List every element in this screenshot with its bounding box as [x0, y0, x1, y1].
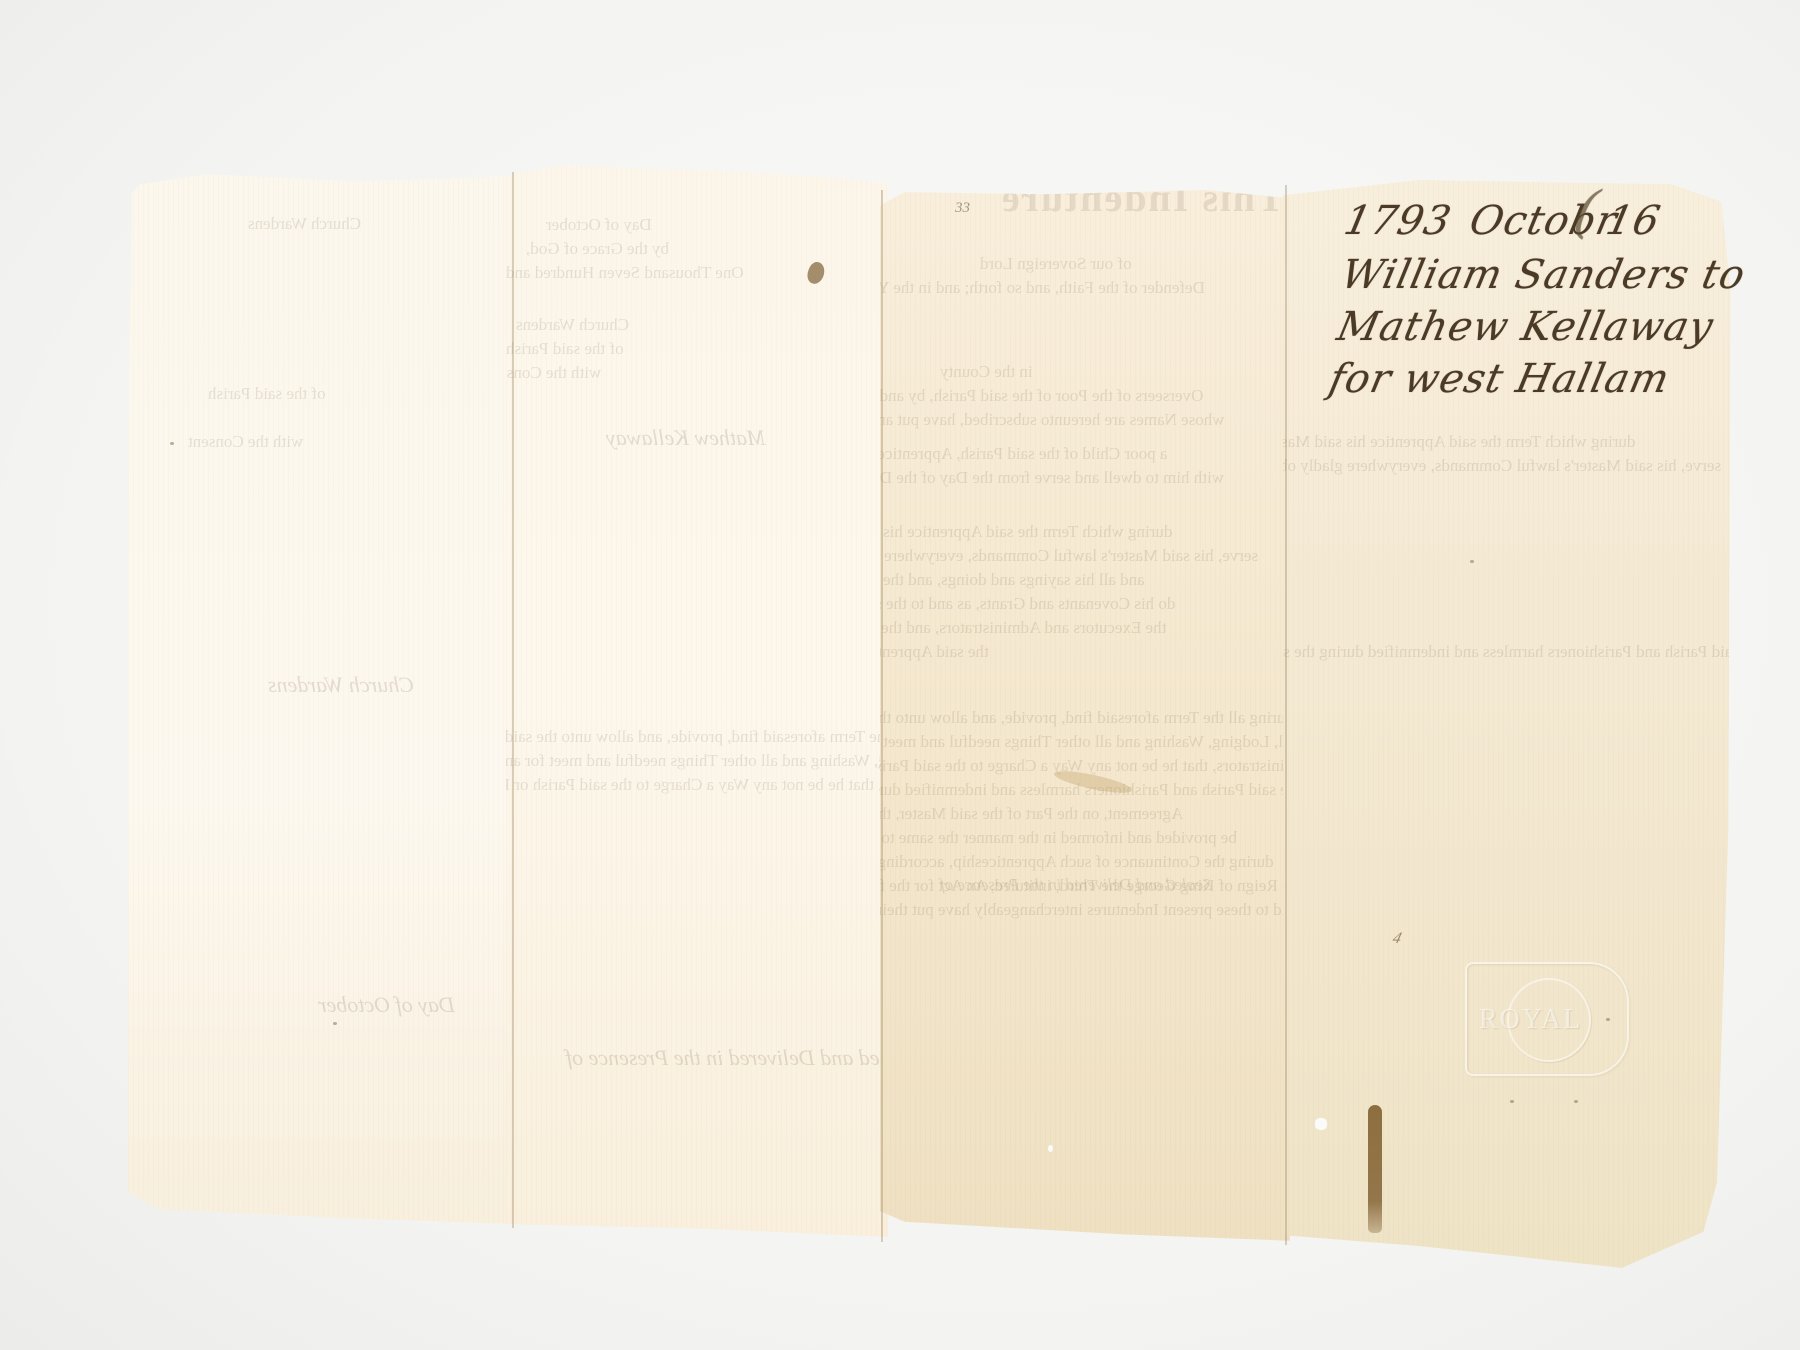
bleed-text: in the County	[940, 360, 1033, 384]
ink-drip-stain	[1368, 1105, 1382, 1233]
endorsement-year: 1793	[1340, 198, 1456, 244]
bleed-text: and all his sayings and doings, and the …	[880, 568, 1145, 592]
bleed-text: of our Sovereign Lord	[980, 252, 1132, 276]
bleed-text: whose Names are hereunto subscribed, hav…	[880, 408, 1225, 432]
stamp-emboss-text: ROYAL	[1479, 1004, 1582, 1036]
bleed-text: Agreement, on the Part of the said Maste…	[880, 802, 1183, 826]
bleed-text: a poor Child of the said Parish, Apprent…	[880, 442, 1167, 466]
bleed-text: with the Consent	[506, 361, 601, 385]
endorsement-line-2: William Sanders to	[1337, 252, 1750, 298]
bleed-text: the Parties abovesaid to these present I…	[880, 898, 1290, 922]
bleed-heading: This Indenture	[1000, 190, 1284, 210]
bleed-text: with him to dwell and serve from the Day…	[880, 466, 1224, 490]
bleed-text: with the Consent	[188, 430, 303, 454]
bleed-sealed-line: Sealed and Delivered in the Presence of	[940, 873, 1212, 897]
folio-number: 33	[955, 200, 970, 217]
bleed-script: Mathew Kellaway	[606, 425, 765, 451]
bleed-text: of the said Parish	[506, 337, 624, 361]
bleed-text: during the Continuance of such Apprentic…	[880, 850, 1274, 874]
bleed-text: serve, his said Master's lawful Commands…	[880, 544, 1258, 568]
bleed-text: and Administrators, that he be not any W…	[506, 773, 888, 797]
bleed-text: Apparel, Lodging, Washing and all other …	[880, 730, 1290, 754]
bleed-text: Day of October	[546, 213, 652, 237]
endorsement-day: 16	[1602, 198, 1665, 244]
fold-crease-3	[1285, 185, 1287, 1245]
speck	[1510, 1100, 1514, 1103]
speck	[333, 1022, 337, 1025]
bleed-text: shall during all the Term aforesaid find…	[506, 725, 888, 749]
bleed-text: Church Wardens	[248, 212, 361, 236]
embossed-stamp: ROYAL	[1465, 962, 1629, 1076]
bleed-text: by the Grace of God,	[526, 237, 669, 261]
bleed-text: Church Wardens	[516, 313, 629, 337]
bleed-script: Day of October	[318, 992, 455, 1018]
bleed-text: during which Term the said Apprentice hi…	[1283, 430, 1635, 454]
bleed-text: Apparel, Lodging, Washing and all other …	[506, 749, 888, 773]
bleed-script: Sealed and Delivered in the Presence of	[566, 1045, 888, 1071]
bleed-text: be provided and informed in the manner t…	[880, 826, 1237, 850]
bleed-text: shall during all the Term aforesaid find…	[880, 706, 1290, 730]
fold-crease-2	[881, 190, 883, 1242]
speck	[1574, 1100, 1578, 1103]
bleed-text: serve, his said Master's lawful Commands…	[1283, 454, 1721, 478]
paper-hole	[1048, 1145, 1053, 1152]
endorsement-line-4: for west Hallam	[1325, 356, 1674, 402]
bleed-text: Defender of the Faith, and so forth; and…	[880, 276, 1205, 300]
paper-hole	[1315, 1118, 1327, 1130]
bleed-text: of the said Parish	[208, 382, 326, 406]
bleed-text: Overseers of the Poor of the said Parish…	[880, 384, 1203, 408]
bleed-text: during which Term the said Apprentice hi…	[880, 520, 1172, 544]
bleed-text: do his Covenants and Grants, as and to t…	[880, 592, 1175, 616]
bleed-text: One Thousand Seven Hundred and	[506, 261, 744, 285]
document-sheet: Church Wardens of the said Parish with t…	[0, 0, 1800, 1350]
bleed-script: Church Wardens	[268, 672, 414, 698]
fold-panel-1: Church Wardens of the said Parish with t…	[128, 172, 516, 1224]
fold-panel-3: This Indenture of our Sovereign Lord Def…	[880, 190, 1290, 1245]
bleed-text: the said Parish and Parishioners harmles…	[1283, 640, 1735, 664]
fold-crease-1	[512, 172, 514, 1228]
bleed-text: the Executors and Administrators, and th…	[880, 616, 1166, 640]
speck	[170, 442, 174, 445]
bleed-text: the said Apprentice in	[880, 640, 989, 664]
speck	[1470, 560, 1474, 563]
fold-panel-2: Day of October by the Grace of God, One …	[506, 165, 888, 1237]
endorsement-line-3: Mathew Kellaway	[1333, 304, 1718, 350]
